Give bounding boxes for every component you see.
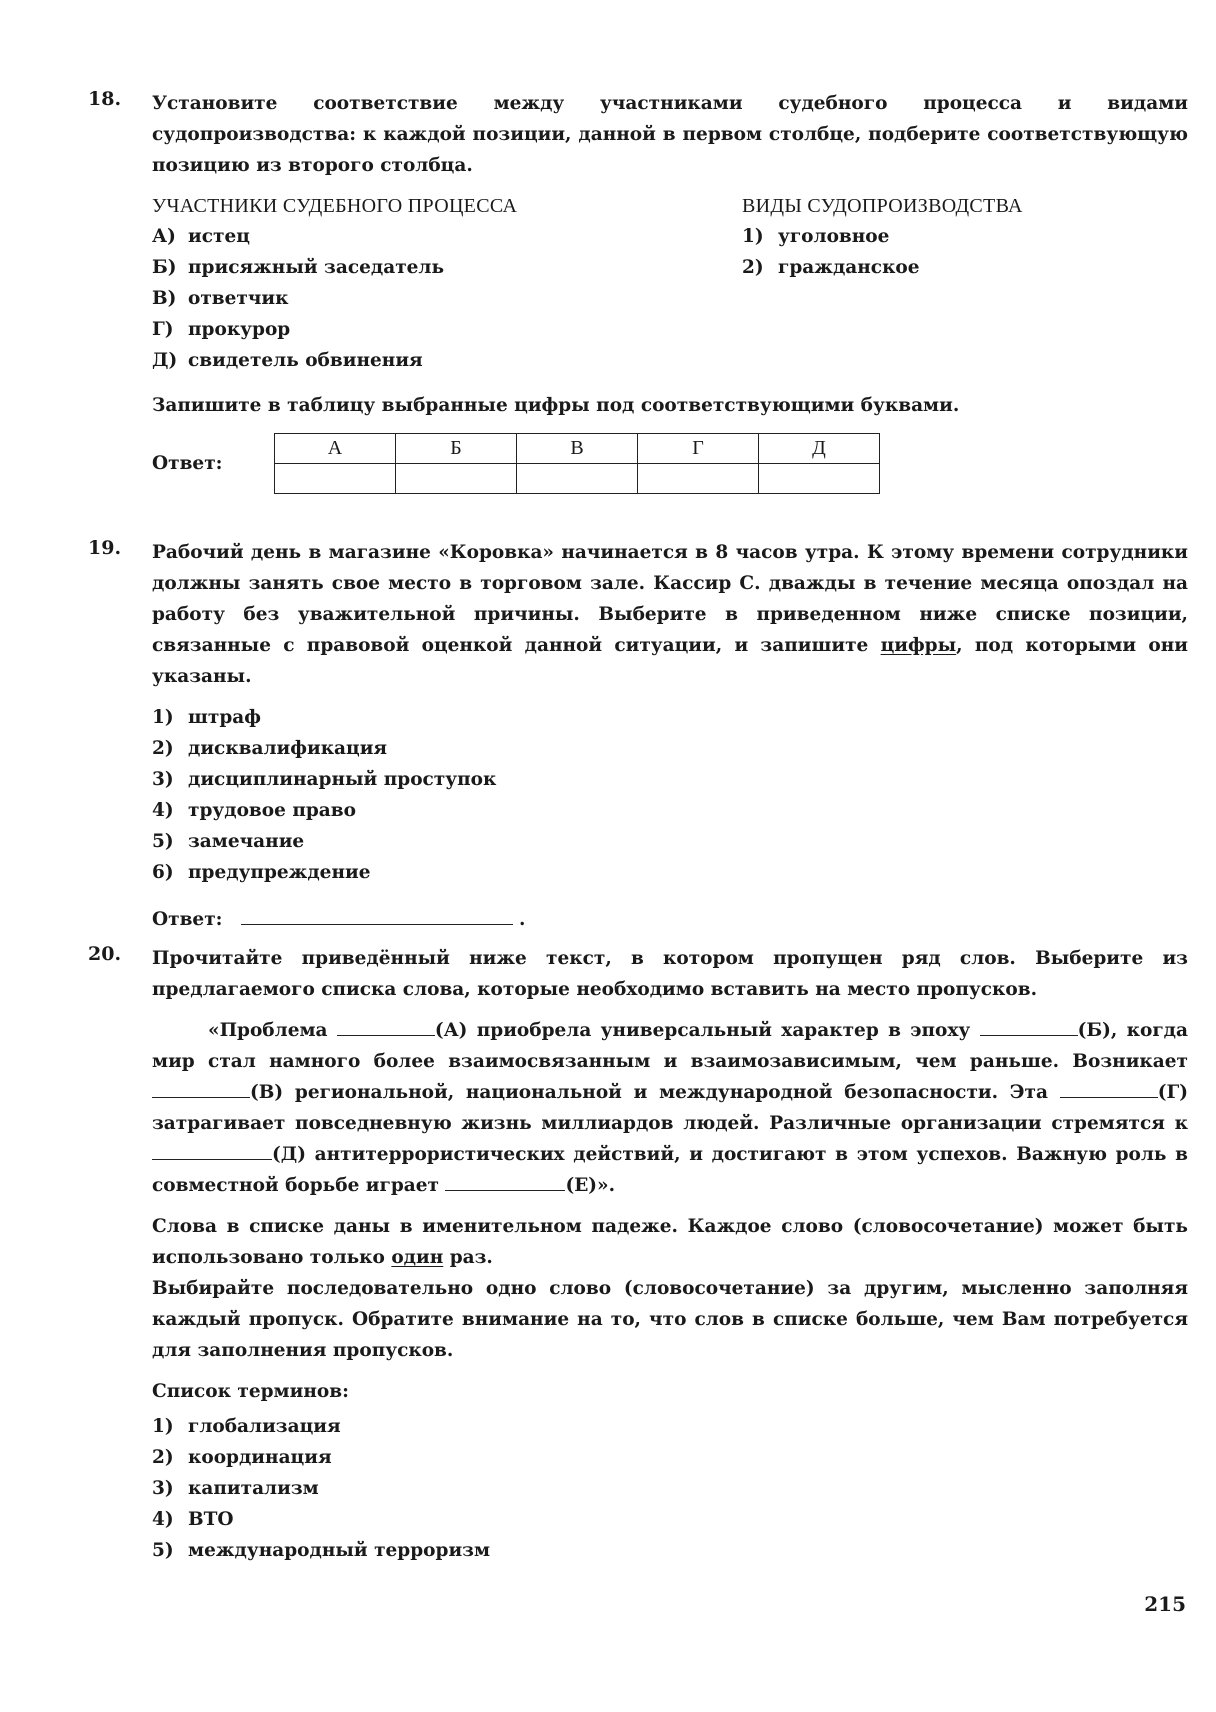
answer-row: Ответ: АБВГД	[152, 433, 1188, 494]
item-text: прокурор	[188, 319, 290, 340]
item-marker: Д)	[152, 345, 188, 376]
item-marker: Г)	[152, 314, 188, 345]
blank-b[interactable]	[980, 1017, 1078, 1036]
item-marker: 4)	[152, 1504, 188, 1535]
item-marker: Б)	[152, 252, 188, 283]
answer-table-cell[interactable]	[396, 464, 517, 494]
option-item: 5)замечание	[152, 826, 1188, 857]
answer-label: Ответ:	[152, 909, 223, 930]
item-marker: 4)	[152, 795, 188, 826]
task-number: 20.	[88, 943, 121, 965]
task-19: 19. Рабочий день в магазине «Коровка» на…	[88, 537, 1188, 935]
item-marker: 5)	[152, 826, 188, 857]
item-marker: 1)	[742, 221, 778, 252]
task-prompt: Рабочий день в магазине «Коровка» начина…	[152, 537, 1188, 692]
participant-item: А)истец	[152, 221, 742, 252]
term-item: 3)капитализм	[152, 1473, 1188, 1504]
item-marker: 2)	[152, 1442, 188, 1473]
item-text: глобализация	[188, 1416, 341, 1437]
answer-table-header: Б	[396, 434, 517, 464]
answer-field[interactable]	[241, 906, 513, 925]
task-18: 18. Установите соответствие между участн…	[88, 88, 1188, 494]
answer-table-cell[interactable]	[517, 464, 638, 494]
term-item: 5)международный терроризм	[152, 1535, 1188, 1566]
task-number: 19.	[88, 537, 121, 559]
item-text: уголовное	[778, 226, 889, 247]
answer-table-cell[interactable]	[275, 464, 396, 494]
item-marker: 2)	[742, 252, 778, 283]
gap-text: «Проблема (А) приобрела универсальный ха…	[152, 1015, 1188, 1201]
participant-item: Г)прокурор	[152, 314, 742, 345]
page-number: 215	[1144, 1592, 1186, 1616]
item-text: дисквалификация	[188, 738, 387, 759]
item-marker: 1)	[152, 702, 188, 733]
item-marker: 1)	[152, 1411, 188, 1442]
answer-table-header: А	[275, 434, 396, 464]
option-item: 4)трудовое право	[152, 795, 1188, 826]
item-text: международный терроризм	[188, 1540, 490, 1561]
column-header: ВИДЫ СУДОПРОИЗВОДСТВА	[742, 191, 1182, 221]
item-text: гражданское	[778, 257, 920, 278]
participant-item: Д)свидетель обвинения	[152, 345, 742, 376]
participants-column: УЧАСТНИКИ СУДЕБНОГО ПРОЦЕССА А)истецБ)пр…	[152, 191, 742, 376]
item-text: свидетель обвинения	[188, 350, 423, 371]
answer-table-cell[interactable]	[759, 464, 880, 494]
note-case: Слова в списке даны в именительном падеж…	[152, 1211, 1188, 1273]
answer-row: Ответ: .	[152, 904, 1188, 935]
task-number: 18.	[88, 88, 121, 110]
item-marker: А)	[152, 221, 188, 252]
proceeding-item: 1)уголовное	[742, 221, 1182, 252]
item-marker: В)	[152, 283, 188, 314]
participant-item: Б)присяжный заседатель	[152, 252, 742, 283]
term-item: 4)ВТО	[152, 1504, 1188, 1535]
blank-e[interactable]	[445, 1172, 565, 1191]
answer-table-cell[interactable]	[638, 464, 759, 494]
column-header: УЧАСТНИКИ СУДЕБНОГО ПРОЦЕССА	[152, 191, 742, 221]
item-marker: 3)	[152, 1473, 188, 1504]
instruction: Запишите в таблицу выбранные цифры под с…	[152, 390, 1188, 421]
item-text: координация	[188, 1447, 332, 1468]
task-20: 20. Прочитайте приведённый ниже текст, в…	[88, 943, 1188, 1566]
list-title: Список терминов:	[152, 1376, 1188, 1407]
term-item: 1)глобализация	[152, 1411, 1188, 1442]
option-item: 2)дисквалификация	[152, 733, 1188, 764]
participant-item: В)ответчик	[152, 283, 742, 314]
item-text: дисциплинарный проступок	[188, 769, 496, 790]
term-item: 2)координация	[152, 1442, 1188, 1473]
item-text: трудовое право	[188, 800, 356, 821]
option-item: 6)предупреждение	[152, 857, 1188, 888]
item-text: штраф	[188, 707, 261, 728]
blank-g[interactable]	[1060, 1079, 1158, 1098]
item-text: предупреждение	[188, 862, 370, 883]
item-text: присяжный заседатель	[188, 257, 444, 278]
proceeding-item: 2)гражданское	[742, 252, 1182, 283]
item-marker: 5)	[152, 1535, 188, 1566]
item-text: ВТО	[188, 1509, 234, 1530]
answer-table-header: В	[517, 434, 638, 464]
answer-table: АБВГД	[274, 433, 880, 494]
option-item: 1)штраф	[152, 702, 1188, 733]
proceedings-column: ВИДЫ СУДОПРОИЗВОДСТВА 1)уголовное2)гражд…	[742, 191, 1182, 376]
item-marker: 6)	[152, 857, 188, 888]
option-item: 3)дисциплинарный проступок	[152, 764, 1188, 795]
blank-a[interactable]	[337, 1017, 435, 1036]
note-order: Выбирайте последовательно одно слово (сл…	[152, 1273, 1188, 1366]
answer-label: Ответ:	[152, 453, 274, 474]
emphasized-word: один	[391, 1247, 443, 1268]
item-text: ответчик	[188, 288, 289, 309]
task-prompt: Прочитайте приведённый ниже текст, в кот…	[152, 943, 1188, 1005]
item-text: истец	[188, 226, 250, 247]
item-text: замечание	[188, 831, 304, 852]
answer-table-header: Г	[638, 434, 759, 464]
blank-v[interactable]	[152, 1079, 250, 1098]
blank-d[interactable]	[152, 1141, 272, 1160]
answer-table-header: Д	[759, 434, 880, 464]
item-text: капитализм	[188, 1478, 319, 1499]
emphasized-word: цифры	[881, 635, 957, 656]
item-marker: 3)	[152, 764, 188, 795]
task-prompt: Установите соответствие между участникам…	[152, 88, 1188, 181]
item-marker: 2)	[152, 733, 188, 764]
